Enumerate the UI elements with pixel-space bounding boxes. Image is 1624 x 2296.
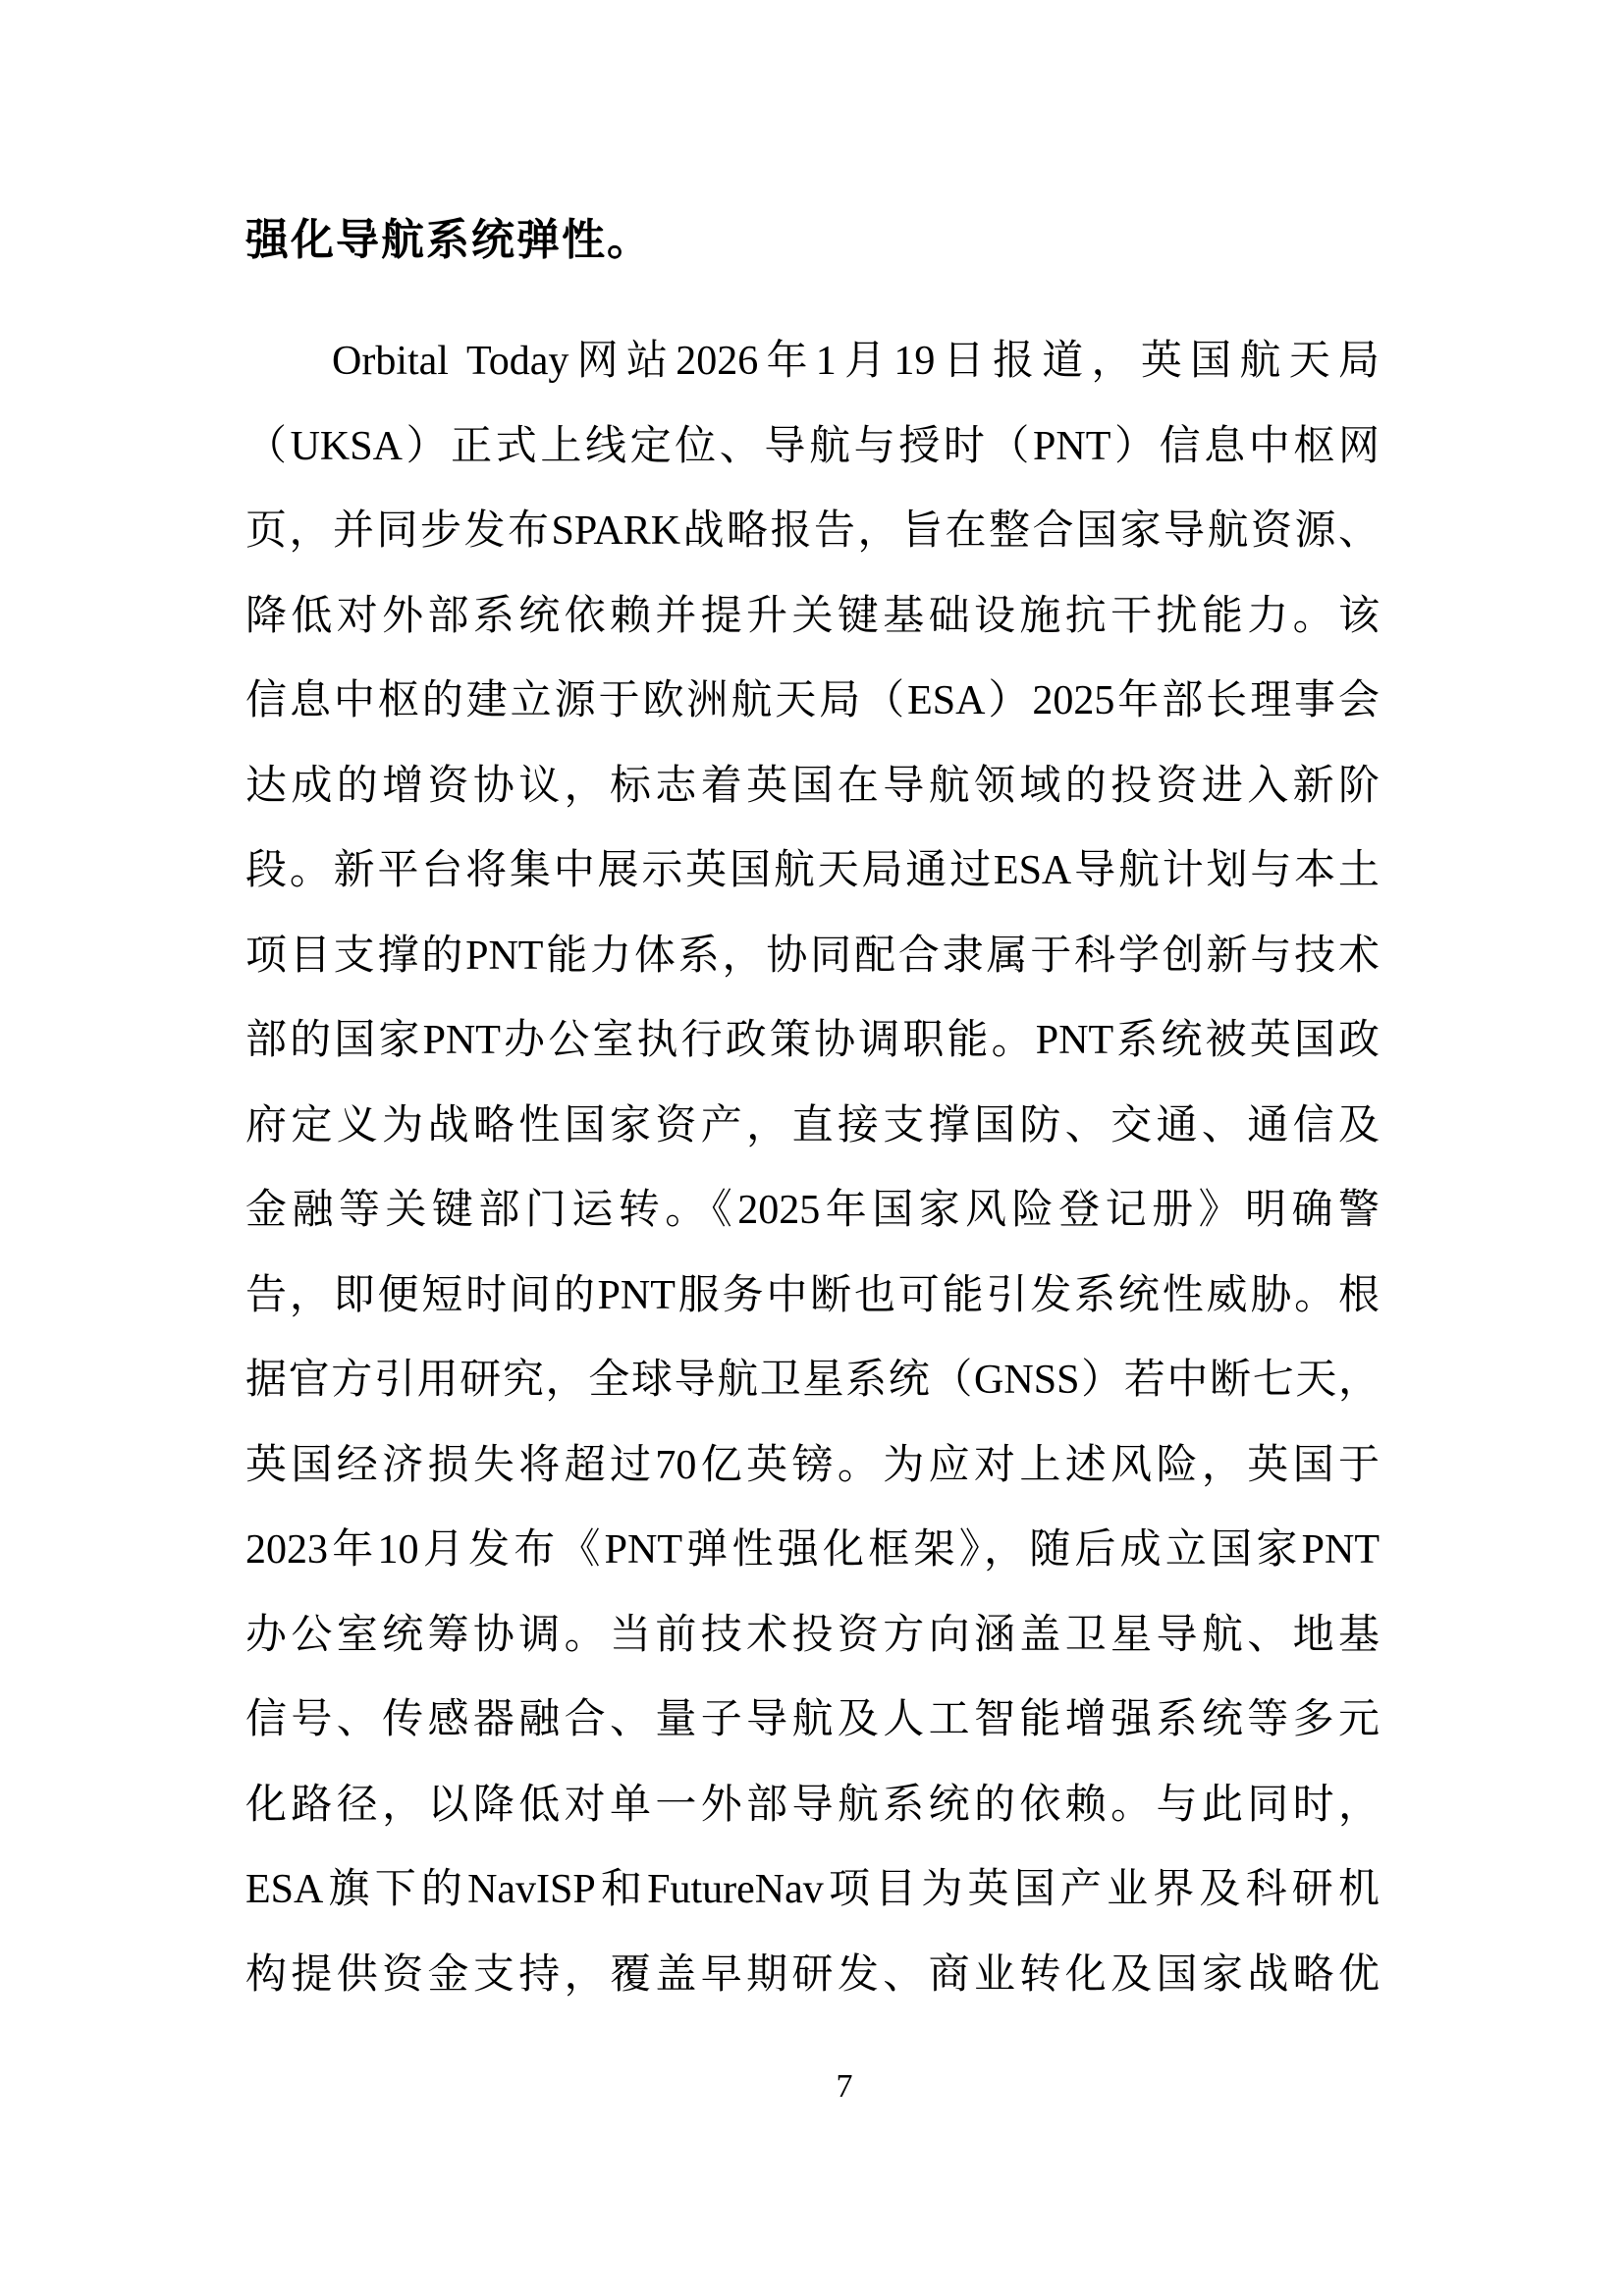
paragraph-line: 办公室统筹协调。当前技术投资方向涵盖卫星导航、地基 — [245, 1593, 1380, 1679]
body-paragraph: Orbital Today网站2026年1月19日报道，英国航天局（UKSA）正… — [245, 319, 1380, 2017]
paragraph-line: 化路径，以降低对单一外部导航系统的依赖。与此同时， — [245, 1763, 1380, 1848]
paragraph-line: ESA旗下的NavISP和FutureNav项目为英国产业界及科研机 — [245, 1847, 1380, 1933]
paragraph-line: 信号、传感器融合、量子导航及人工智能增强系统等多元 — [245, 1678, 1380, 1763]
paragraph-line: 府定义为战略性国家资产，直接支撑国防、交通、通信及 — [245, 1084, 1380, 1169]
paragraph-line: 达成的增资协议，标志着英国在导航领域的投资进入新阶 — [245, 744, 1380, 829]
page-content: 强化导航系统弹性。 Orbital Today网站2026年1月19日报道，英国… — [245, 198, 1380, 2017]
paragraph-line: 金融等关键部门运转。《2025年国家风险登记册》明确警 — [245, 1168, 1380, 1254]
paragraph-line: 2023年10月发布《PNT弹性强化框架》，随后成立国家PNT — [245, 1508, 1380, 1593]
paragraph-line: 构提供资金支持，覆盖早期研发、商业转化及国家战略优 — [245, 1933, 1380, 2018]
paragraph-line: 信息中枢的建立源于欧洲航天局（ESA）2025年部长理事会 — [245, 659, 1380, 744]
page-number: 7 — [0, 2057, 1624, 2116]
paragraph-line: （UKSA）正式上线定位、导航与授时（PNT）信息中枢网 — [245, 404, 1380, 490]
section-heading: 强化导航系统弹性。 — [245, 198, 1380, 283]
paragraph-line: 英国经济损失将超过70亿英镑。为应对上述风险，英国于 — [245, 1423, 1380, 1509]
paragraph-line: 页，并同步发布SPARK战略报告，旨在整合国家导航资源、 — [245, 489, 1380, 574]
paragraph-line: 降低对外部系统依赖并提升关键基础设施抗干扰能力。该 — [245, 574, 1380, 660]
paragraph-line: 项目支撑的PNT能力体系，协同配合隶属于科学创新与技术 — [245, 914, 1380, 999]
paragraph-line: Orbital Today网站2026年1月19日报道，英国航天局 — [245, 319, 1380, 404]
paragraph-line: 告，即便短时间的PNT服务中断也可能引发系统性威胁。根 — [245, 1254, 1380, 1339]
paragraph-line: 段。新平台将集中展示英国航天局通过ESA导航计划与本土 — [245, 828, 1380, 914]
paragraph-line: 据官方引用研究，全球导航卫星系统（GNSS）若中断七天， — [245, 1338, 1380, 1423]
paragraph-line: 部的国家PNT办公室执行政策协调职能。PNT系统被英国政 — [245, 998, 1380, 1084]
document-page: 强化导航系统弹性。 Orbital Today网站2026年1月19日报道，英国… — [0, 0, 1624, 2296]
